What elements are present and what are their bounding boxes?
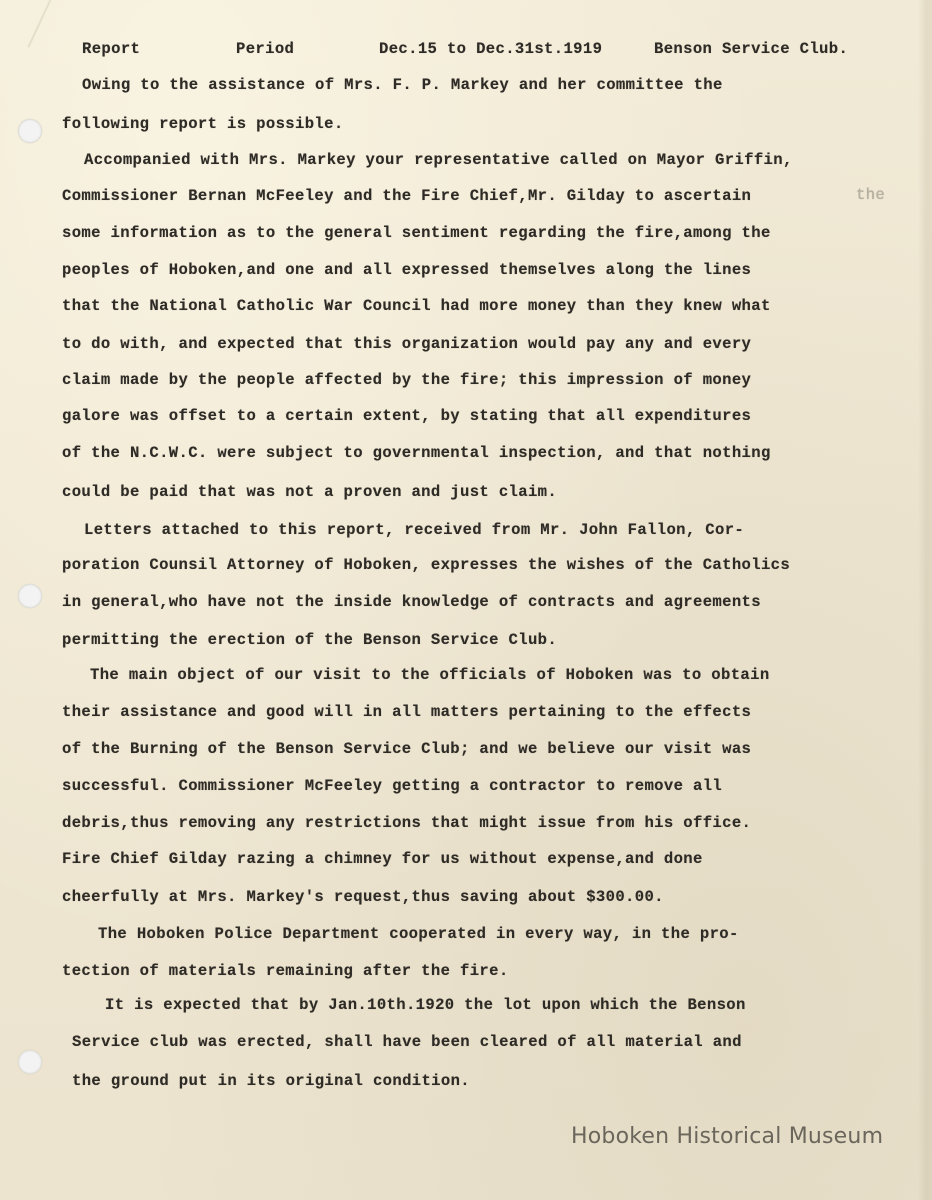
- body-line: could be paid that was not a proven and …: [62, 483, 557, 501]
- body-line: some information as to the general senti…: [62, 224, 771, 242]
- body-line: Fire Chief Gilday razing a chimney for u…: [62, 850, 703, 868]
- paper-edge: [918, 0, 932, 1200]
- body-line: to do with, and expected that this organ…: [62, 335, 751, 353]
- header-organization: Benson Service Club.: [654, 40, 848, 58]
- body-line: of the N.C.W.C. were subject to governme…: [62, 444, 771, 462]
- body-line: that the National Catholic War Council h…: [62, 297, 771, 315]
- body-line: tection of materials remaining after the…: [62, 962, 509, 980]
- body-line: poration Counsil Attorney of Hoboken, ex…: [62, 556, 790, 574]
- body-line: the ground put in its original condition…: [72, 1072, 470, 1090]
- body-line: permitting the erection of the Benson Se…: [62, 631, 557, 649]
- body-line: The Hoboken Police Department cooperated…: [98, 925, 739, 943]
- header-period-label: Period: [236, 40, 294, 58]
- body-line: galore was offset to a certain extent, b…: [62, 407, 751, 425]
- header-report-label: Report: [82, 40, 140, 58]
- document-page: Report Period Dec.15 to Dec.31st.1919 Be…: [0, 0, 932, 1200]
- body-line: in general,who have not the inside knowl…: [62, 593, 761, 611]
- body-line: Service club was erected, shall have bee…: [72, 1033, 742, 1051]
- punch-hole-bottom: [18, 1050, 42, 1074]
- punch-hole-middle: [18, 584, 42, 608]
- punch-hole-top: [18, 119, 42, 143]
- body-line: peoples of Hoboken,and one and all expre…: [62, 261, 751, 279]
- struck-word: the: [856, 186, 885, 204]
- body-line: cheerfully at Mrs. Markey's request,thus…: [62, 888, 664, 906]
- body-line: claim made by the people affected by the…: [62, 371, 751, 389]
- body-line: of the Burning of the Benson Service Clu…: [62, 740, 751, 758]
- body-line: successful. Commissioner McFeeley gettin…: [62, 777, 722, 795]
- museum-watermark: Hoboken Historical Museum: [571, 1124, 883, 1149]
- body-line: Owing to the assistance of Mrs. F. P. Ma…: [82, 76, 723, 94]
- body-line: It is expected that by Jan.10th.1920 the…: [105, 996, 746, 1014]
- body-line: Accompanied with Mrs. Markey your repres…: [84, 151, 793, 169]
- body-line: Commissioner Bernan McFeeley and the Fir…: [62, 187, 751, 205]
- paper-crease: [27, 0, 54, 48]
- body-line: The main object of our visit to the offi…: [90, 666, 770, 684]
- body-line: following report is possible.: [62, 115, 344, 133]
- body-line: Letters attached to this report, receive…: [84, 521, 744, 539]
- header-date-range: Dec.15 to Dec.31st.1919: [379, 40, 602, 58]
- body-line: their assistance and good will in all ma…: [62, 703, 751, 721]
- body-line: debris,thus removing any restrictions th…: [62, 814, 751, 832]
